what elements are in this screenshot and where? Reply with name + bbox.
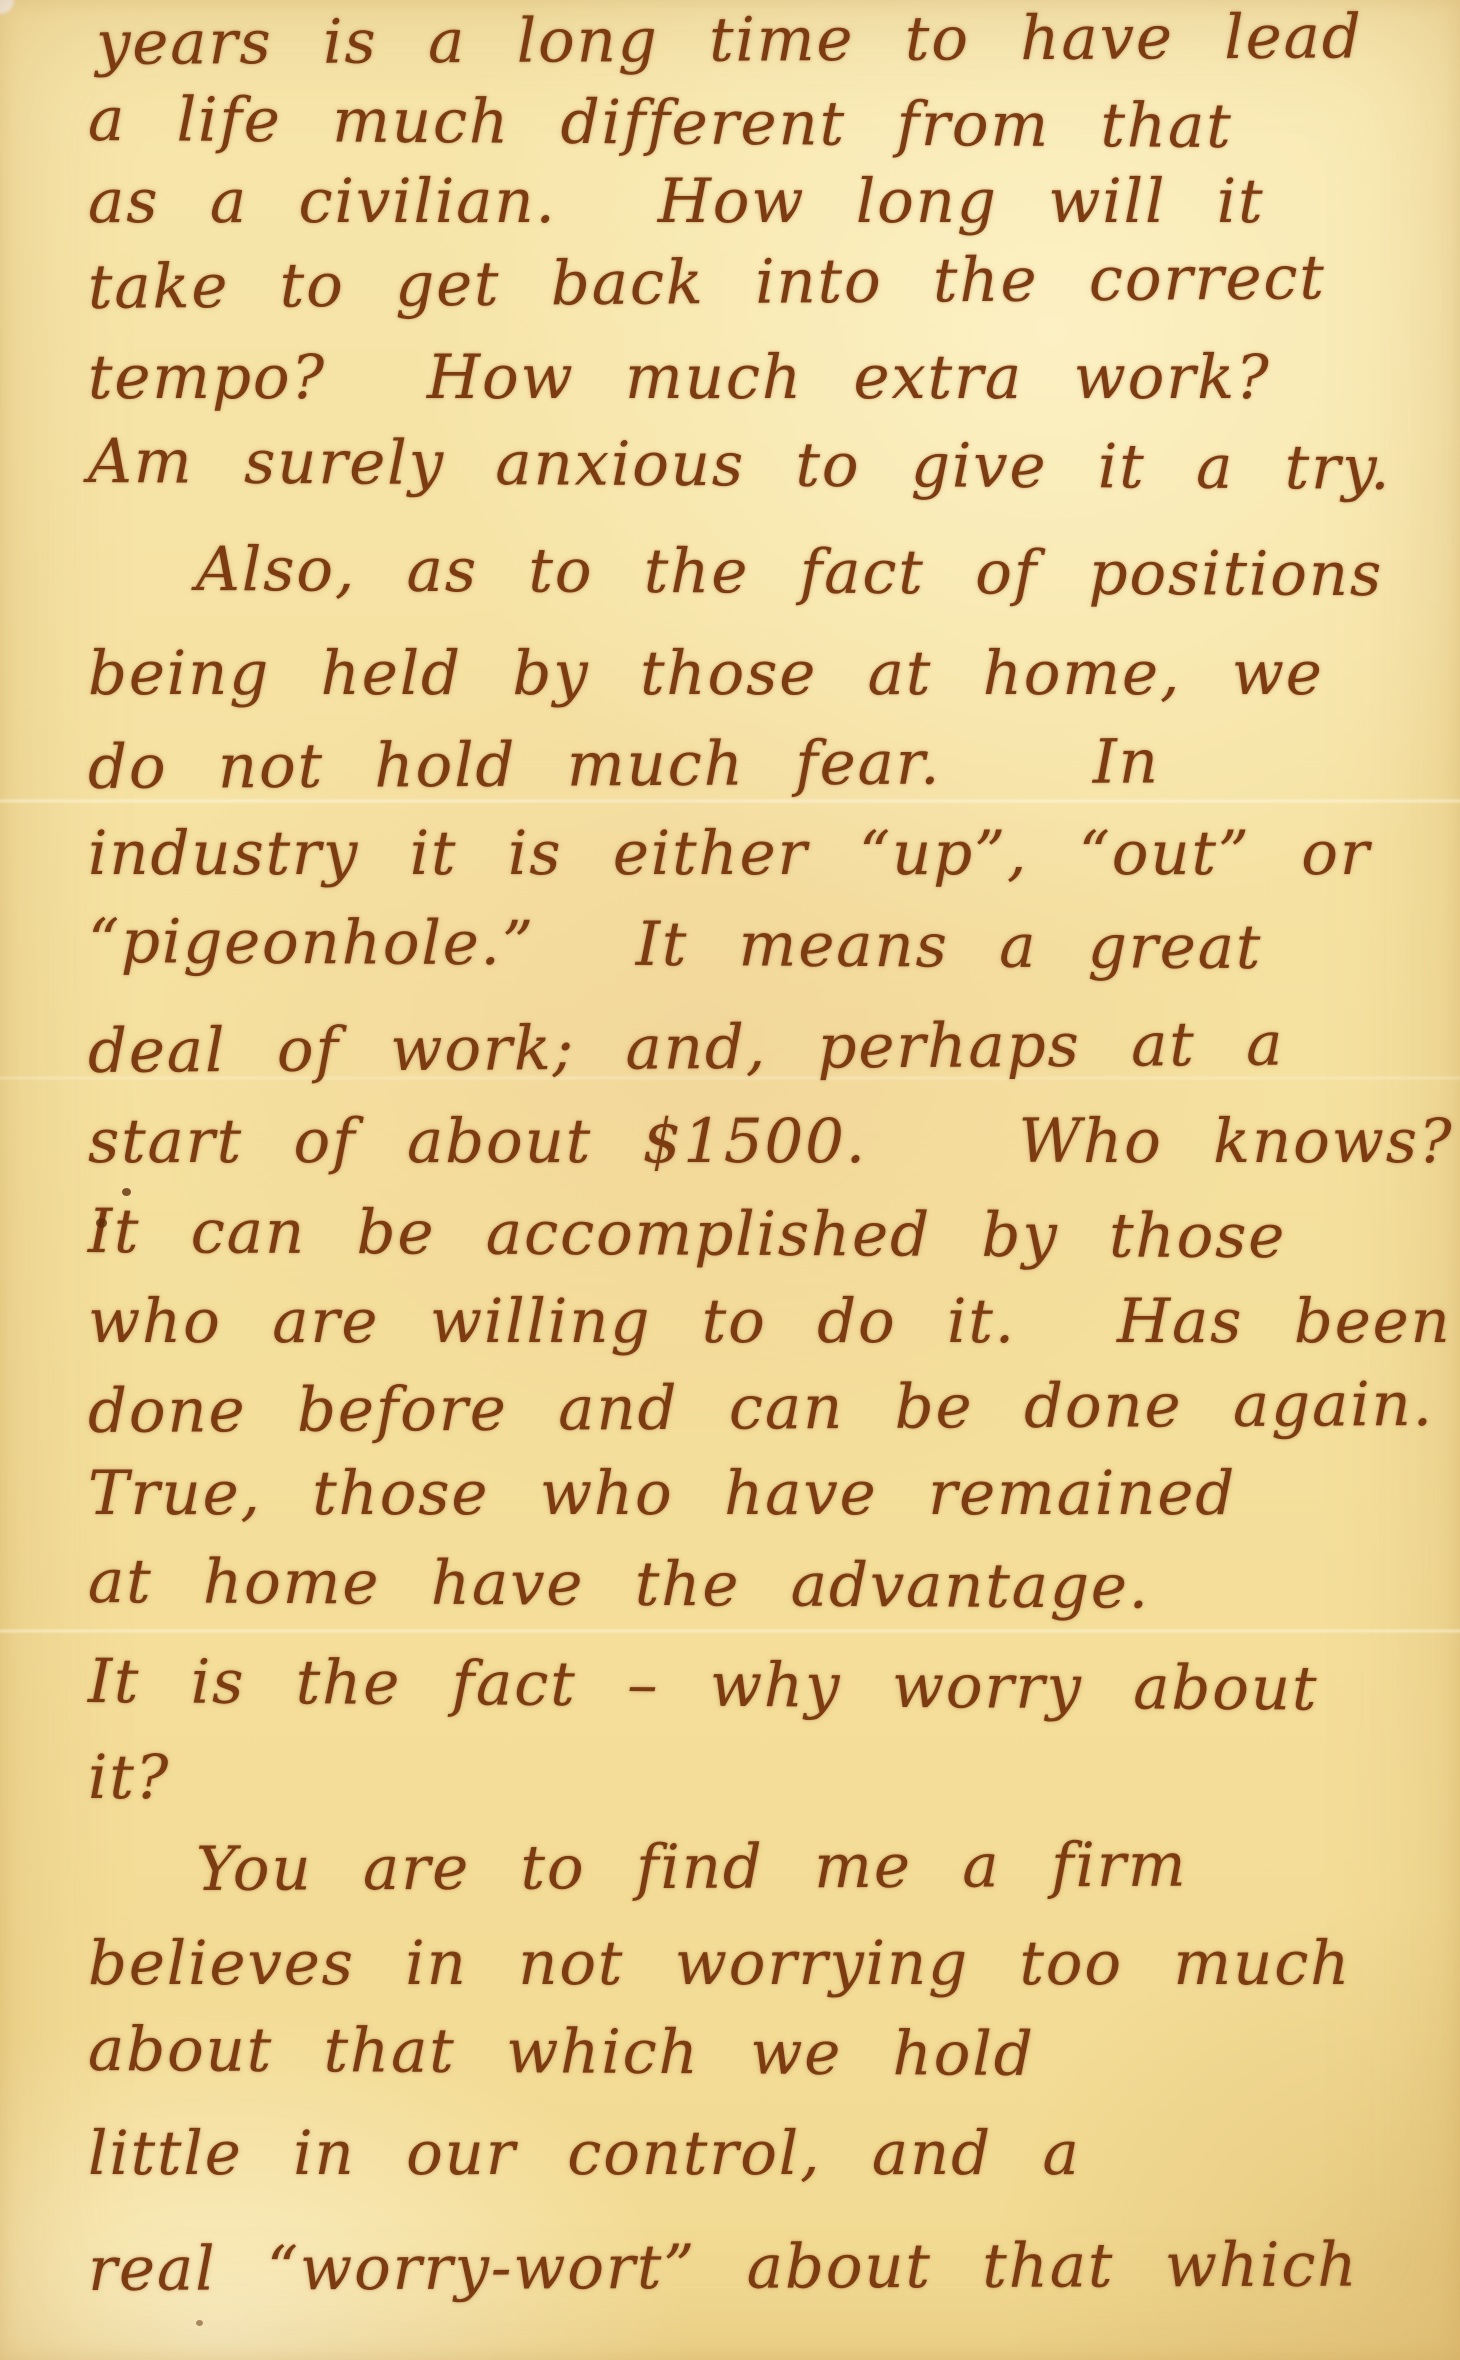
letter-line: little in our control, and a	[88, 2120, 1081, 2187]
paper-crease	[0, 1628, 1460, 1634]
letter-line: True, those who have remained	[88, 1460, 1236, 1527]
letter-page: years is a long time to have lead a life…	[0, 0, 1460, 2360]
letter-line: start of about $1500. Who knows?	[88, 1108, 1453, 1175]
letter-line: You are to find me a firm	[196, 1832, 1188, 1903]
letter-line: done before and can be done again.	[88, 1371, 1434, 1445]
letter-line: deal of work; and, perhaps at a	[88, 1011, 1285, 1085]
letter-line: being held by those at home, we	[88, 640, 1324, 707]
letter-line: it?	[88, 1744, 170, 1811]
letter-line: who are willing to do it. Has been	[88, 1288, 1452, 1355]
letter-line: as a civilian. How long will it	[88, 168, 1264, 235]
letter-line: tempo? How much extra work?	[88, 344, 1271, 411]
letter-line: real “worry-wort” about that which	[88, 2232, 1359, 2304]
letter-line: years is a long time to have lead	[96, 3, 1363, 77]
ink-speck	[122, 1188, 131, 1196]
letter-line: industry it is either “up”, “out” or	[88, 820, 1371, 887]
letter-line: Also, as to the fact of positions	[196, 536, 1383, 608]
letter-line: “pigeonhole.” It means a great	[88, 908, 1263, 981]
letter-line: Am surely anxious to give it a try.	[88, 428, 1392, 502]
letter-line: It can be accomplished by those	[88, 1198, 1286, 1270]
letter-line: believes in not worrying too much	[88, 1930, 1351, 1997]
letter-line: at home have the advantage.	[88, 1548, 1150, 1621]
ink-speck	[196, 2320, 203, 2326]
letter-line: a life much different from that	[88, 86, 1233, 160]
letter-line: about that which we hold	[88, 2016, 1035, 2088]
letter-line: do not hold much fear. In	[88, 728, 1160, 801]
letter-line: It is the fact – why worry about	[88, 1648, 1319, 1723]
letter-line: take to get back into the correct	[88, 244, 1326, 321]
